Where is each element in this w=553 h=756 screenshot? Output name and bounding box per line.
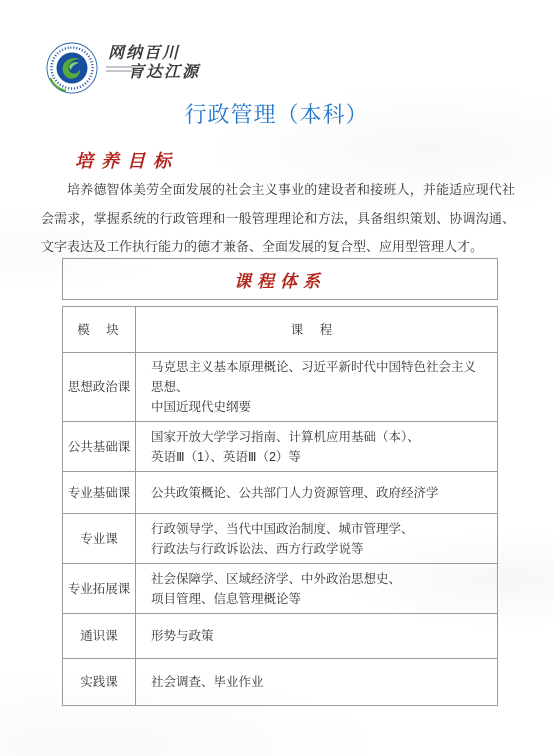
module-cell: 实践课	[63, 659, 136, 706]
brand-slogan: 网纳百川 育达江源	[108, 44, 200, 82]
module-cell: 思想政治课	[63, 353, 136, 422]
table-row: 公共基础课 国家开放大学学习指南、计算机应用基础（本）、 英语Ⅲ（1）、英语Ⅲ（…	[63, 422, 498, 472]
module-cell: 专业基础课	[63, 472, 136, 514]
program-page: 网纳百川 育达江源 行政管理（本科） 培养目标 培养德智体美劳全面发展的社会主义…	[0, 0, 553, 756]
brand-header: 网纳百川 育达江源	[46, 42, 200, 94]
column-header-module: 模 块	[63, 307, 136, 353]
curriculum-heading: 课程体系	[234, 267, 326, 292]
courses-cell: 国家开放大学学习指南、计算机应用基础（本）、 英语Ⅲ（1）、英语Ⅲ（2）等	[136, 422, 498, 472]
brand-slogan-line1: 网纳百川	[108, 44, 200, 63]
table-row: 专业拓展课 社会保障学、区域经济学、中外政治思想史、 项目管理、信息管理概论等	[63, 564, 498, 614]
courses-cell: 公共政策概论、公共部门人力资源管理、政府经济学	[136, 472, 498, 514]
brand-slogan-subtext	[106, 66, 142, 74]
module-cell: 专业拓展课	[63, 564, 136, 614]
university-emblem-icon	[46, 42, 98, 94]
table-header-row: 模 块 课 程	[63, 307, 498, 353]
courses-cell: 社会调查、毕业作业	[136, 659, 498, 706]
courses-cell: 马克思主义基本原理概论、习近平新时代中国特色社会主义思想、 中国近现代史纲要	[136, 353, 498, 422]
table-row: 思想政治课 马克思主义基本原理概论、习近平新时代中国特色社会主义思想、 中国近现…	[63, 353, 498, 422]
courses-cell: 行政领导学、当代中国政治制度、城市管理学、 行政法与行政诉讼法、西方行政学说等	[136, 514, 498, 564]
objectives-heading: 培养目标	[75, 147, 179, 173]
curriculum-title-box: 课程体系	[62, 258, 498, 300]
courses-cell: 形势与政策	[136, 614, 498, 659]
module-cell: 通识课	[63, 614, 136, 659]
module-cell: 专业课	[63, 514, 136, 564]
curriculum-table: 模 块 课 程 思想政治课 马克思主义基本原理概论、习近平新时代中国特色社会主义…	[62, 306, 498, 706]
table-row: 实践课 社会调查、毕业作业	[63, 659, 498, 706]
courses-cell: 社会保障学、区域经济学、中外政治思想史、 项目管理、信息管理概论等	[136, 564, 498, 614]
table-row: 专业课 行政领导学、当代中国政治制度、城市管理学、 行政法与行政诉讼法、西方行政…	[63, 514, 498, 564]
objectives-paragraph: 培养德智体美劳全面发展的社会主义事业的建设者和接班人，并能适应现代社会需求，掌握…	[41, 176, 515, 262]
page-title: 行政管理（本科）	[0, 98, 553, 129]
table-row: 通识课 形势与政策	[63, 614, 498, 659]
module-cell: 公共基础课	[63, 422, 136, 472]
column-header-course: 课 程	[136, 307, 498, 353]
table-row: 专业基础课 公共政策概论、公共部门人力资源管理、政府经济学	[63, 472, 498, 514]
